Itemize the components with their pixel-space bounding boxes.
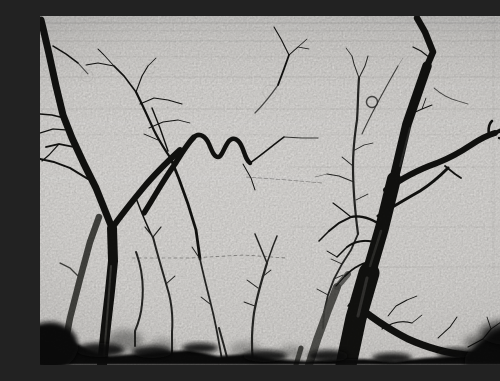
photo-bare-trees: Bare leafless trees silhouetted against … <box>40 16 500 365</box>
vignette <box>40 16 500 365</box>
photo-canvas <box>40 16 500 365</box>
